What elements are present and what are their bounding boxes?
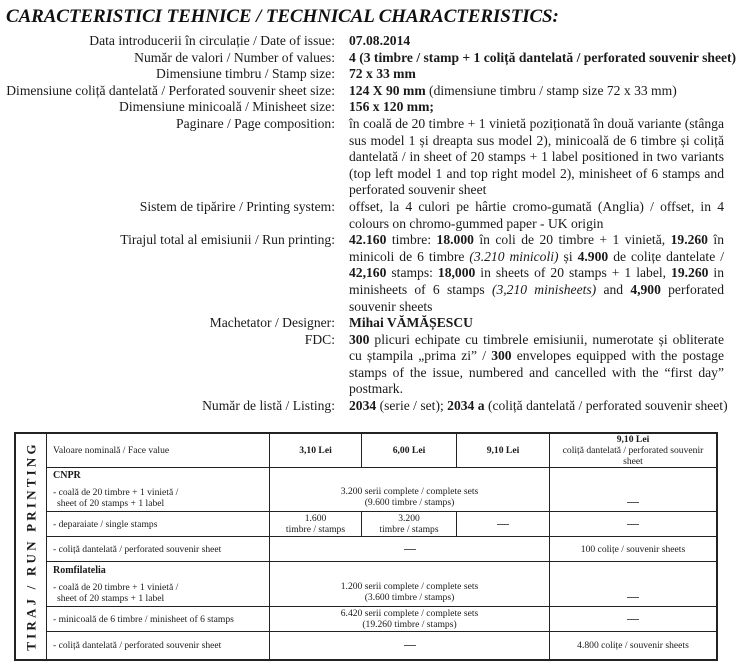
row-label: CNPR - coală de 20 timbre + 1 vinietă / … [47, 468, 270, 512]
spec-number-of-values: Număr de valori / Number of values: 4 (3… [0, 50, 750, 67]
value-line: 1.600 [276, 513, 355, 524]
spec-label: Tirajul total al emisiunii / Run printin… [0, 232, 335, 315]
value-line: (19.260 timbre / stamps) [276, 619, 543, 630]
spec-label: Paginare / Page composition: [0, 116, 335, 199]
dash [497, 524, 509, 525]
rom-mini-value: 6.420 serii complete / complete sets (19… [270, 607, 550, 632]
listing-text: (serie / set); [376, 398, 447, 413]
cnpr-sheet-value: 3.200 serii complete / complete sets (9.… [270, 468, 550, 512]
spec-page-composition: Paginare / Page composition: în coală de… [0, 116, 750, 199]
cnpr-single-col3 [457, 512, 550, 537]
spec-label: FDC: [0, 332, 335, 398]
run-minisheet-count-en: (3,210 minisheets) [492, 282, 596, 297]
row-label-line: sheet of 20 stamps + 1 label [53, 498, 263, 509]
header-col-3-10: 3,10 Lei [270, 433, 362, 468]
rom-colita-col4: 4.800 colițe / souvenir sheets [550, 632, 718, 660]
run-souvenir-en: 4,900 [630, 282, 661, 297]
spec-label: Sistem de tipărire / Printing system: [0, 199, 335, 232]
rom-colita-value [270, 632, 550, 660]
org-cnpr: CNPR [53, 470, 263, 481]
table-row: CNPR - coală de 20 timbre + 1 vinietă / … [15, 468, 717, 512]
value-line: timbre / stamps [368, 524, 450, 535]
value-line: 3.200 [368, 513, 450, 524]
run-text: stamps: [386, 265, 438, 280]
row-label-line: - coală de 20 timbre + 1 vinietă / [53, 487, 263, 498]
run-minisheets-en: 19.260 [671, 265, 708, 280]
spec-value: Mihai VĂMĂȘESCU [349, 315, 724, 332]
spec-value: 124 X 90 mm (dimensiune timbru / stamp s… [349, 83, 724, 100]
dash [627, 502, 639, 503]
rom-sheet-value: 1.200 serii complete / complete sets (3.… [270, 562, 550, 607]
spec-minisheet-size: Dimensiune minicoală / Minisheet size: 1… [0, 99, 750, 116]
spec-label: Machetator / Designer: [0, 315, 335, 332]
spec-label: Număr de valori / Number of values: [0, 50, 335, 67]
side-label-cell: TIRAJ / RUN PRINTING [15, 433, 47, 660]
run-text: în coli de 20 timbre + 1 vinietă, [474, 232, 671, 247]
listing-set: 2034 [349, 398, 376, 413]
spec-souvenir-sheet-size: Dimensiune coliță dantelată / Perforated… [0, 83, 750, 100]
row-label: - minicoală de 6 timbre / minisheet of 6… [47, 607, 270, 632]
cnpr-single-col4 [550, 512, 718, 537]
fdc-count-en: 300 [491, 348, 511, 363]
cnpr-single-col1: 1.600 timbre / stamps [270, 512, 362, 537]
org-romfilatelia: Romfilatelia [53, 565, 263, 576]
fdc-count-ro: 300 [349, 332, 369, 347]
listing-text: (coliță dantelată / perforated souvenir … [485, 398, 728, 413]
dash [627, 524, 639, 525]
run-sheets-en: 18,000 [438, 265, 475, 280]
row-label-line: - coală de 20 timbre + 1 vinietă / [53, 582, 263, 593]
value-line: (3.600 timbre / stamps) [276, 592, 543, 603]
row-label: - coliță dantelată / perforated souvenir… [47, 632, 270, 660]
spec-label: Dimensiune coliță dantelată / Perforated… [0, 83, 335, 100]
run-text: timbre: [386, 232, 436, 247]
row-label: - coliță dantelată / perforated souvenir… [47, 537, 270, 562]
run-total-en: 42,160 [349, 265, 386, 280]
dash [404, 645, 416, 646]
header-col-6-00: 6,00 Lei [362, 433, 457, 468]
spec-value-bold: 124 X 90 mm [349, 83, 426, 98]
run-souvenir-ro: 4.900 [578, 249, 609, 264]
listing-sheet: 2034 a [447, 398, 484, 413]
spec-value: în coală de 20 timbre + 1 vinietă poziți… [349, 116, 724, 199]
technical-specs: Data introducerii în circulație / Date o… [0, 33, 750, 415]
spec-listing: Număr de listă / Listing: 2034 (serie / … [0, 398, 750, 415]
value-line: timbre / stamps [276, 524, 355, 535]
header-col-souvenir: 9,10 Lei coliță dantelată / perforated s… [550, 433, 718, 468]
spec-fdc: FDC: 300 plicuri echipate cu timbrele em… [0, 332, 750, 398]
run-text: in sheets of 20 stamps + 1 label, [475, 265, 671, 280]
spec-designer: Machetator / Designer: Mihai VĂMĂȘESCU [0, 315, 750, 332]
table-row: - minicoală de 6 timbre / minisheet of 6… [15, 607, 717, 632]
header-col-9-10: 9,10 Lei [457, 433, 550, 468]
dash [404, 549, 416, 550]
spec-value: 07.08.2014 [349, 33, 724, 50]
header-col-souvenir-sub: coliță dantelată / perforated souvenir s… [556, 445, 710, 467]
run-text: and [596, 282, 630, 297]
run-text: de colițe dantelate / [608, 249, 724, 264]
row-label-line: sheet of 20 stamps + 1 label [53, 593, 263, 604]
cnpr-colita-col4: 100 colițe / souvenir sheets [550, 537, 718, 562]
run-printing-table: TIRAJ / RUN PRINTING Valoare nominală / … [14, 432, 718, 661]
row-label: - deparaiate / single stamps [47, 512, 270, 537]
dash [627, 597, 639, 598]
spec-label: Dimensiune timbru / Stamp size: [0, 66, 335, 83]
spec-value: 2034 (serie / set); 2034 a (coliță dante… [349, 398, 724, 415]
table-row: - coliță dantelată / perforated souvenir… [15, 632, 717, 660]
spec-printing-system: Sistem de tipărire / Printing system: of… [0, 199, 750, 232]
run-text: și [559, 249, 578, 264]
cnpr-single-col2: 3.200 timbre / stamps [362, 512, 457, 537]
row-label: Romfilatelia - coală de 20 timbre + 1 vi… [47, 562, 270, 607]
table-row: - coliță dantelată / perforated souvenir… [15, 537, 717, 562]
side-label: TIRAJ / RUN PRINTING [26, 441, 37, 651]
spec-value: 4 (3 timbre / stamp + 1 coliță dantelată… [349, 50, 724, 67]
spec-stamp-size: Dimensiune timbru / Stamp size: 72 x 33 … [0, 66, 750, 83]
dash [627, 619, 639, 620]
cnpr-colita-value [270, 537, 550, 562]
header-col-souvenir-value: 9,10 Lei [556, 434, 710, 445]
spec-value: offset, la 4 culori pe hârtie cromo-guma… [349, 199, 724, 232]
spec-value: 156 x 120 mm; [349, 99, 724, 116]
rom-sheet-col4 [550, 562, 718, 607]
spec-value: 72 x 33 mm [349, 66, 724, 83]
spec-date-of-issue: Data introducerii în circulație / Date o… [0, 33, 750, 50]
rom-mini-col4 [550, 607, 718, 632]
spec-label: Dimensiune minicoală / Minisheet size: [0, 99, 335, 116]
run-sheets-ro: 18.000 [437, 232, 474, 247]
spec-value-rest: (dimensiune timbru / stamp size 72 x 33 … [426, 83, 677, 98]
spec-value: 42.160 timbre: 18.000 în coli de 20 timb… [349, 232, 724, 315]
spec-value: 300 plicuri echipate cu timbrele emisiun… [349, 332, 724, 398]
spec-run-printing: Tirajul total al emisiunii / Run printin… [0, 232, 750, 315]
spec-label: Data introducerii în circulație / Date o… [0, 33, 335, 50]
cnpr-sheet-col4 [550, 468, 718, 512]
page-title: CARACTERISTICI TEHNICE / TECHNICAL CHARA… [6, 6, 559, 28]
table-header-row: TIRAJ / RUN PRINTING Valoare nominală / … [15, 433, 717, 468]
value-line: 1.200 serii complete / complete sets [276, 581, 543, 592]
table-row: - deparaiate / single stamps 1.600 timbr… [15, 512, 717, 537]
value-line: 6.420 serii complete / complete sets [276, 608, 543, 619]
value-line: (9.600 timbre / stamps) [276, 497, 543, 508]
header-label: Valoare nominală / Face value [47, 433, 270, 468]
run-minisheet-count-ro: (3.210 minicoli) [469, 249, 558, 264]
run-minisheets-ro: 19.260 [671, 232, 708, 247]
value-line: 3.200 serii complete / complete sets [276, 486, 543, 497]
spec-label: Număr de listă / Listing: [0, 398, 335, 415]
run-total-ro: 42.160 [349, 232, 386, 247]
table-row: Romfilatelia - coală de 20 timbre + 1 vi… [15, 562, 717, 607]
